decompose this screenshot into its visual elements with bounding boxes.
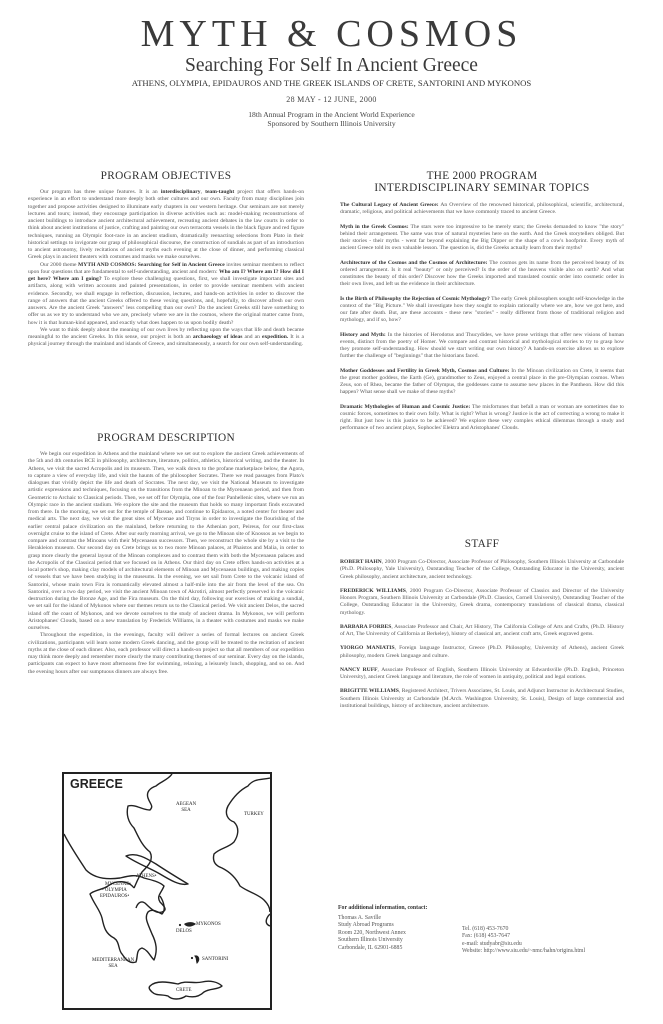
staff-name: BARBARA FORBES [340,624,391,630]
topic-item: Myth in the Greek Cosmos: The stars were… [340,224,624,253]
topic-title: Myth in the Greek Cosmos: [340,224,409,230]
staff-bio: , Associate Professor of English, Southe… [340,667,624,680]
topic-title: Architecture of the Cosmos and the Cosmo… [340,260,487,266]
destinations-line: ATHENS, OLYMPIA, EPIDAUROS AND THE GREEK… [0,77,663,89]
emphasis: MYTH AND COSMOS: Searching for Self in A… [78,262,225,268]
topic-title: Is the Birth of Philosophy the Rejection… [340,296,490,302]
text: project that offers hands-on experience … [28,189,304,260]
contact-university: Southern Illinois University [338,937,458,945]
staff-member: BRIGITTE WILLIAMS, Registered Architect,… [340,688,624,710]
contact-website[interactable]: Website: http://www.siu.edu/~nmc/hahn/or… [462,948,632,956]
staff-member: FREDERICK WILLIAMS, 2000 Program Co-Dire… [340,588,624,617]
objectives-paragraph-2: Our 2000 theme MYTH AND COSMOS: Searchin… [28,262,304,327]
description-heading: PROGRAM DESCRIPTION [28,432,304,444]
emphasis: interdisciplinary [161,189,201,195]
mykonos-island [184,922,196,927]
topic-title: Mother Goddesses and Fertility in Greek … [340,368,510,374]
staff-name: BRIGITTE WILLIAMS [340,688,399,694]
seminar-topics-section: THE 2000 PROGRAM INTERDISCIPLINARY SEMIN… [340,170,624,440]
contact-room: Room 220, Northwest Annex [338,930,458,938]
contact-details: Tel. (618) 453-7670 Fax: (618) 453-7647 … [462,926,632,956]
staff-section: STAFF ROBERT HAHN, 2000 Program Co-Direc… [340,538,624,717]
topics-heading-line-1: THE 2000 PROGRAM [340,170,624,182]
contact-block: For additional information, contact: Tho… [338,905,638,961]
coastline-drawing [64,774,270,1008]
label-turkey: TURKEY [244,812,264,818]
greece-map: GREECE AEGEANSEA TURKEY ATHENS• MYCENAE•… [62,772,272,1010]
santorini-island [195,956,199,963]
text: Our program has three unique features. I… [40,189,161,195]
staff-name: YIORGO MANIATIS [340,645,395,651]
contact-city: Carbondale, IL 62901-6885 [338,945,458,953]
label-mykonos: MYKONOS [196,922,221,928]
label-epidauros: EPIDAUROS• [100,894,129,900]
staff-member: YIORGO MANIATIS, Foreign language Instru… [340,645,624,660]
delos-dot [179,924,181,926]
page-subtitle: Searching For Self In Ancient Greece [0,55,663,77]
contact-address: Thomas A. Saville Study Abroad Programs … [338,915,458,953]
staff-name: FREDERICK WILLIAMS [340,588,406,594]
label-sea: SEA [108,964,117,969]
label-santorini: SANTORINI [202,957,228,963]
label-delos: DELOS [176,929,192,935]
contact-email[interactable]: e-mail: studyabr@siu.edu [462,941,632,949]
emphasis: expedition. [262,334,288,340]
staff-member: BARBARA FORBES, Associate Professor and … [340,624,624,639]
emphasis: archaeology of ideas [193,334,243,340]
label-mycenae: MYCENAE• [105,882,131,888]
topic-title: The Cultural Legacy of Ancient Greece: [340,202,439,208]
label-crete: CRETE [176,988,192,994]
label-aegean-sea: AEGEANSEA [176,802,196,813]
topic-item: Is the Birth of Philosophy the Rejection… [340,296,624,325]
objectives-heading: PROGRAM OBJECTIVES [28,170,304,182]
description-paragraph-2: Throughout the expedition, in the evenin… [28,632,304,676]
contact-fax: Fax: (618) 453-7647 [462,933,632,941]
objectives-paragraph-3: We want to think deeply about the meanin… [28,327,304,349]
program-dates: 28 MAY - 12 JUNE, 2000 [0,94,663,106]
topic-item: The Cultural Legacy of Ancient Greece: A… [340,202,624,217]
text: and an [242,334,262,340]
objectives-paragraph-1: Our program has three unique features. I… [28,189,304,262]
contact-heading: For additional information, contact: [338,905,638,913]
label-mediterranean-sea: MEDITERRANEANSEA [92,958,134,969]
topic-item: Dramatic Mythologies of Human and Cosmic… [340,404,624,433]
label-athens: ATHENS• [136,874,156,880]
text: To explore these challenging questions, … [28,276,304,326]
contact-name: Thomas A. Saville [338,915,458,923]
label-sea: SEA [181,808,190,813]
topic-title: Dramatic Mythologies of Human and Cosmic… [340,404,470,410]
topic-item: Mother Goddesses and Fertility in Greek … [340,368,624,397]
staff-bio: , 2000 Program Co-Director, Associate Pr… [340,559,624,580]
staff-member: NANCY RUFF, Associate Professor of Engli… [340,667,624,682]
santorini-dot [191,957,193,959]
topic-title: History and Myth: [340,332,386,338]
contact-office: Study Abroad Programs [338,922,458,930]
topics-heading-line-2: INTERDISCIPLINARY SEMINAR TOPICS [340,182,624,194]
label-olympia: • OLYMPIA [102,888,127,894]
topic-item: Architecture of the Cosmos and the Cosmo… [340,260,624,289]
description-paragraph-1: We begin our expedition in Athens and th… [28,451,304,632]
text: Our 2000 theme [40,262,78,268]
page-title: MYTH & COSMOS [0,14,663,54]
staff-name: NANCY RUFF [340,667,378,673]
label-aegean: AEGEAN [176,802,196,807]
map-title: GREECE [70,777,123,791]
staff-heading: STAFF [340,538,624,550]
label-mediterranean: MEDITERRANEAN [92,958,134,963]
program-objectives-section: PROGRAM OBJECTIVES Our program has three… [28,170,304,349]
program-description-section: PROGRAM DESCRIPTION We begin our expedit… [28,432,304,676]
topic-item: History and Myth: In the histories of He… [340,332,624,361]
staff-member: ROBERT HAHN, 2000 Program Co-Director, A… [340,559,624,581]
staff-name: ROBERT HAHN [340,559,382,565]
sponsor-line: Sponsored by Southern Illinois Universit… [0,119,663,129]
emphasis: team-taught [205,189,234,195]
